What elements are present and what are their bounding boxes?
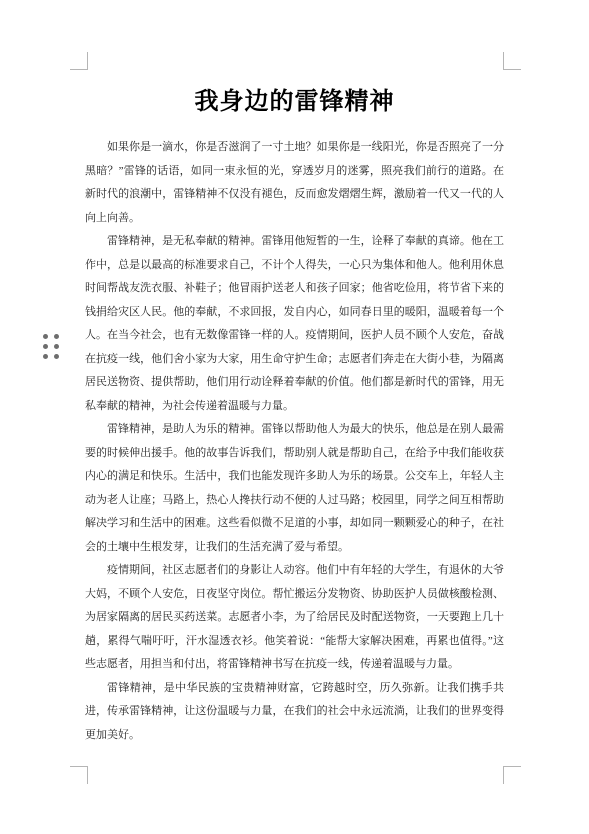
margin-crop-mark-bottom-left-icon — [70, 766, 88, 784]
grip-dot-icon — [43, 354, 48, 359]
paragraph[interactable]: 雷锋精神，是中华民族的宝贵精神财富，它跨越时空，历久弥新。让我们携手共进，传承雷… — [85, 677, 504, 748]
grip-dot-icon — [43, 334, 48, 339]
grip-dot-icon — [54, 334, 59, 339]
margin-crop-mark-top-right-icon — [503, 52, 521, 70]
paragraph[interactable]: 如果你是一滴水，你是否滋润了一寸土地？如果你是一线阳光，你是否照亮了一分黑暗？”… — [85, 136, 504, 230]
grip-dot-icon — [54, 354, 59, 359]
grip-dot-icon — [54, 344, 59, 349]
document-page: 我身边的雷锋精神 如果你是一滴水，你是否滋润了一寸土地？如果你是一线阳光，你是否… — [0, 0, 589, 834]
margin-crop-mark-bottom-right-icon — [503, 766, 521, 784]
paragraph[interactable]: 雷锋精神，是助人为乐的精神。雷锋以帮助他人为最大的快乐，他总是在别人最需要的时候… — [85, 418, 504, 559]
paragraph[interactable]: 雷锋精神，是无私奉献的精神。雷锋用他短暂的一生，诠释了奉献的真谛。他在工作中，总… — [85, 230, 504, 418]
paragraph[interactable]: 疫情期间，社区志愿者们的身影让人动容。他们中有年轻的大学生，有退休的大爷大妈，不… — [85, 559, 504, 677]
drag-handle-icon[interactable] — [41, 332, 61, 361]
margin-crop-mark-top-left-icon — [70, 52, 88, 70]
grip-dot-icon — [43, 344, 48, 349]
document-title[interactable]: 我身边的雷锋精神 — [0, 87, 589, 118]
document-text-area[interactable]: 如果你是一滴水，你是否滋润了一寸土地？如果你是一线阳光，你是否照亮了一分黑暗？”… — [85, 136, 504, 747]
